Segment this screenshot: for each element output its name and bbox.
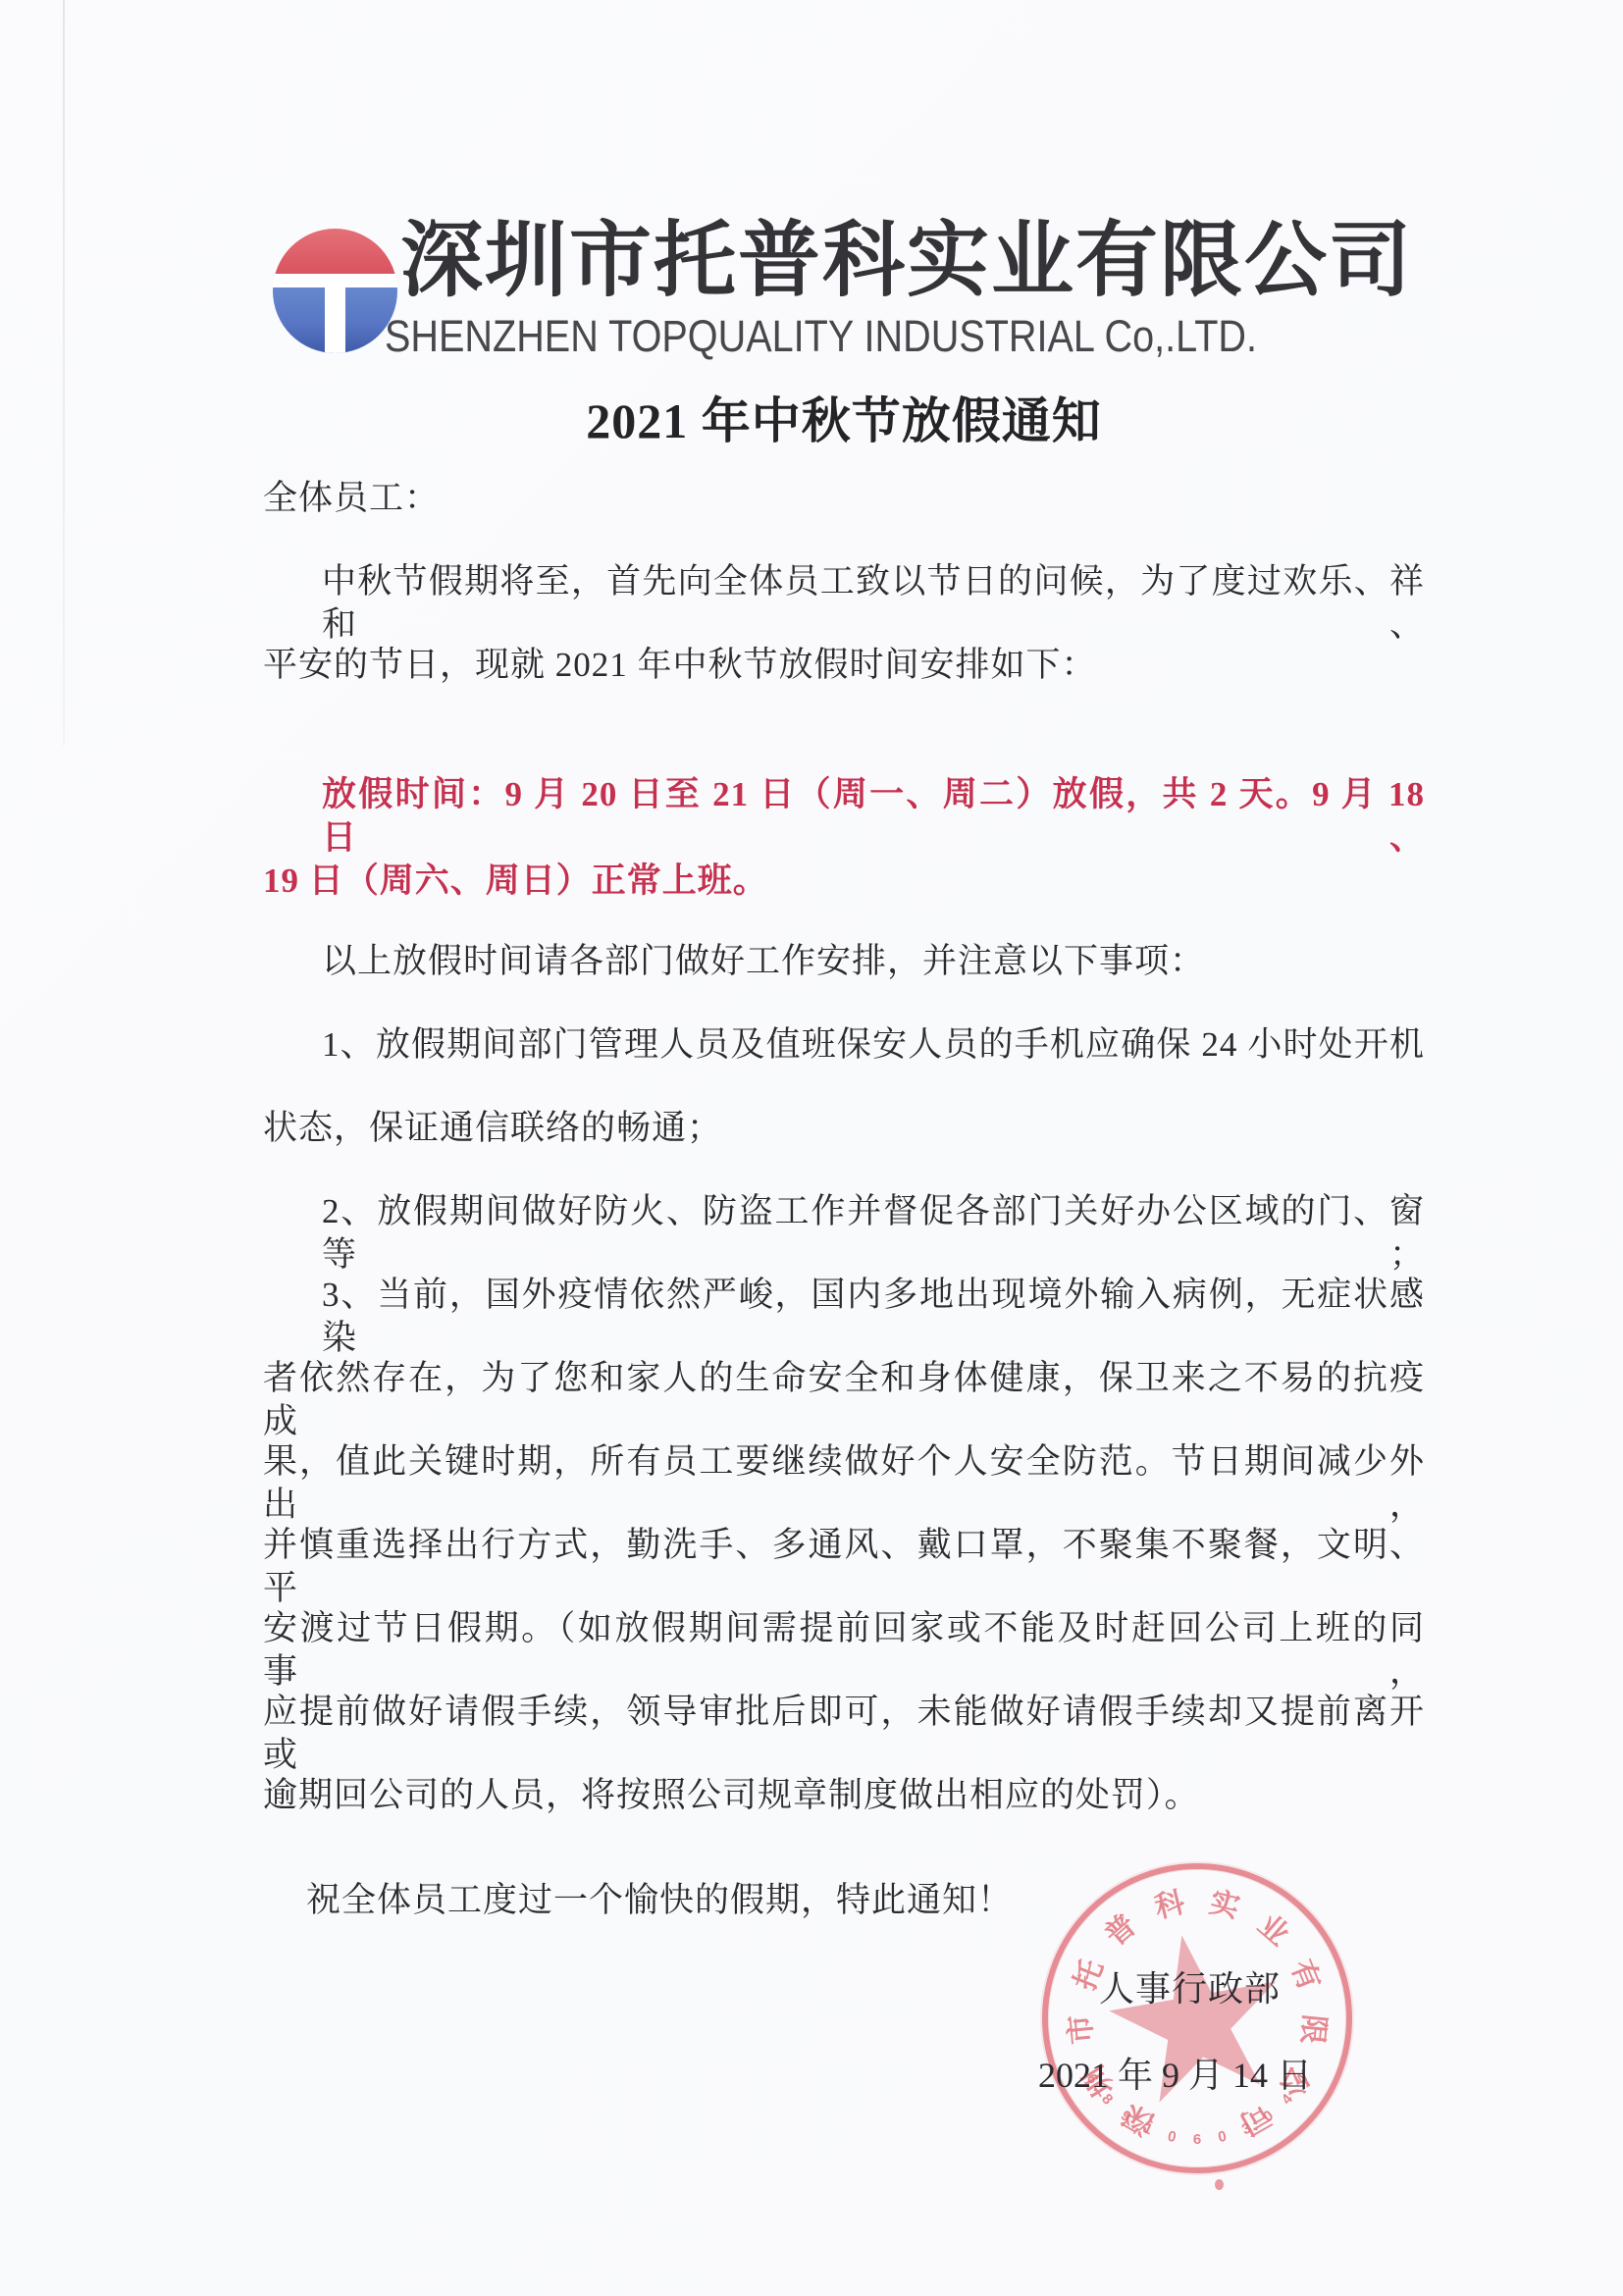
logo-red-half	[273, 229, 397, 274]
logo-t-stem	[325, 286, 345, 353]
scan-artifact-line	[63, 0, 65, 746]
company-seal-stamp: 深圳市托普科实业有限公司 44030601986	[1042, 1863, 1352, 2173]
salutation-line: 全体员工：	[263, 477, 440, 520]
item-3-line: 者依然存在，为了您和家人的生命安全和身体健康，保卫来之不易的抗疫成	[263, 1357, 1425, 1443]
company-logo	[273, 229, 397, 353]
notice-line: 以上放假时间请各部门做好工作安排，并注意以下事项：	[322, 940, 1205, 983]
item-3-line: 安渡过节日假期。（如放假期间需提前回家或不能及时赶回公司上班的同事，	[263, 1607, 1425, 1694]
company-name-chinese: 深圳市托普科实业有限公司	[400, 216, 1425, 308]
item-3-line: 并慎重选择出行方式，勤洗手、多通风、戴口罩，不聚集不聚餐，文明、平	[263, 1524, 1425, 1610]
notice-line: 平安的节日，现就 2021 年中秋节放假时间安排如下：	[263, 644, 1097, 687]
item-2-line: 2、放假期间做好防火、防盗工作并督促各部门关好办公区域的门、窗等；	[322, 1190, 1425, 1277]
signature-department: 人事行政部	[1099, 1966, 1281, 2011]
stamp-ink-speck	[1215, 2179, 1224, 2190]
item-3-line: 应提前做好请假手续，领导审批后即可，未能做好请假手续却又提前离开或	[263, 1691, 1425, 1777]
item-3-line: 3、当前，国外疫情依然严峻，国内多地出现境外输入病例，无症状感染	[322, 1274, 1425, 1360]
item-3-line: 果，值此关键时期，所有员工要继续做好个人安全防范。节日期间减少外出，	[263, 1440, 1425, 1527]
notice-line: 中秋节假期将至，首先向全体员工致以节日的问候，为了度过欢乐、祥和、	[322, 560, 1425, 647]
scanned-notice-page: 深圳市托普科实业有限公司 SHENZHEN TOPQUALITY INDUSTR…	[0, 0, 1623, 2296]
signature-date: 2021 年 9 月 14 日	[1038, 2053, 1312, 2098]
notice-title: 2021 年中秋节放假通知	[263, 391, 1425, 451]
item-1-line: 状态，保证通信联络的畅通；	[263, 1107, 722, 1150]
holiday-time-line: 放假时间：9 月 20 日至 21 日（周一、周二）放假，共 2 天。9 月 1…	[322, 773, 1425, 860]
closing-line: 祝全体员工度过一个愉快的假期，特此通知！	[306, 1879, 1013, 1922]
holiday-time-line: 19 日（周六、周日）正常上班。	[263, 860, 768, 903]
item-1-line: 1、放假期间部门管理人员及值班保安人员的手机应确保 24 小时处开机	[322, 1023, 1425, 1067]
item-3-line: 逾期回公司的人员，将按照公司规章制度做出相应的处罚）。	[263, 1774, 1200, 1817]
company-name-english: SHENZHEN TOPQUALITY INDUSTRIAL Co,.LTD.	[385, 312, 1257, 361]
